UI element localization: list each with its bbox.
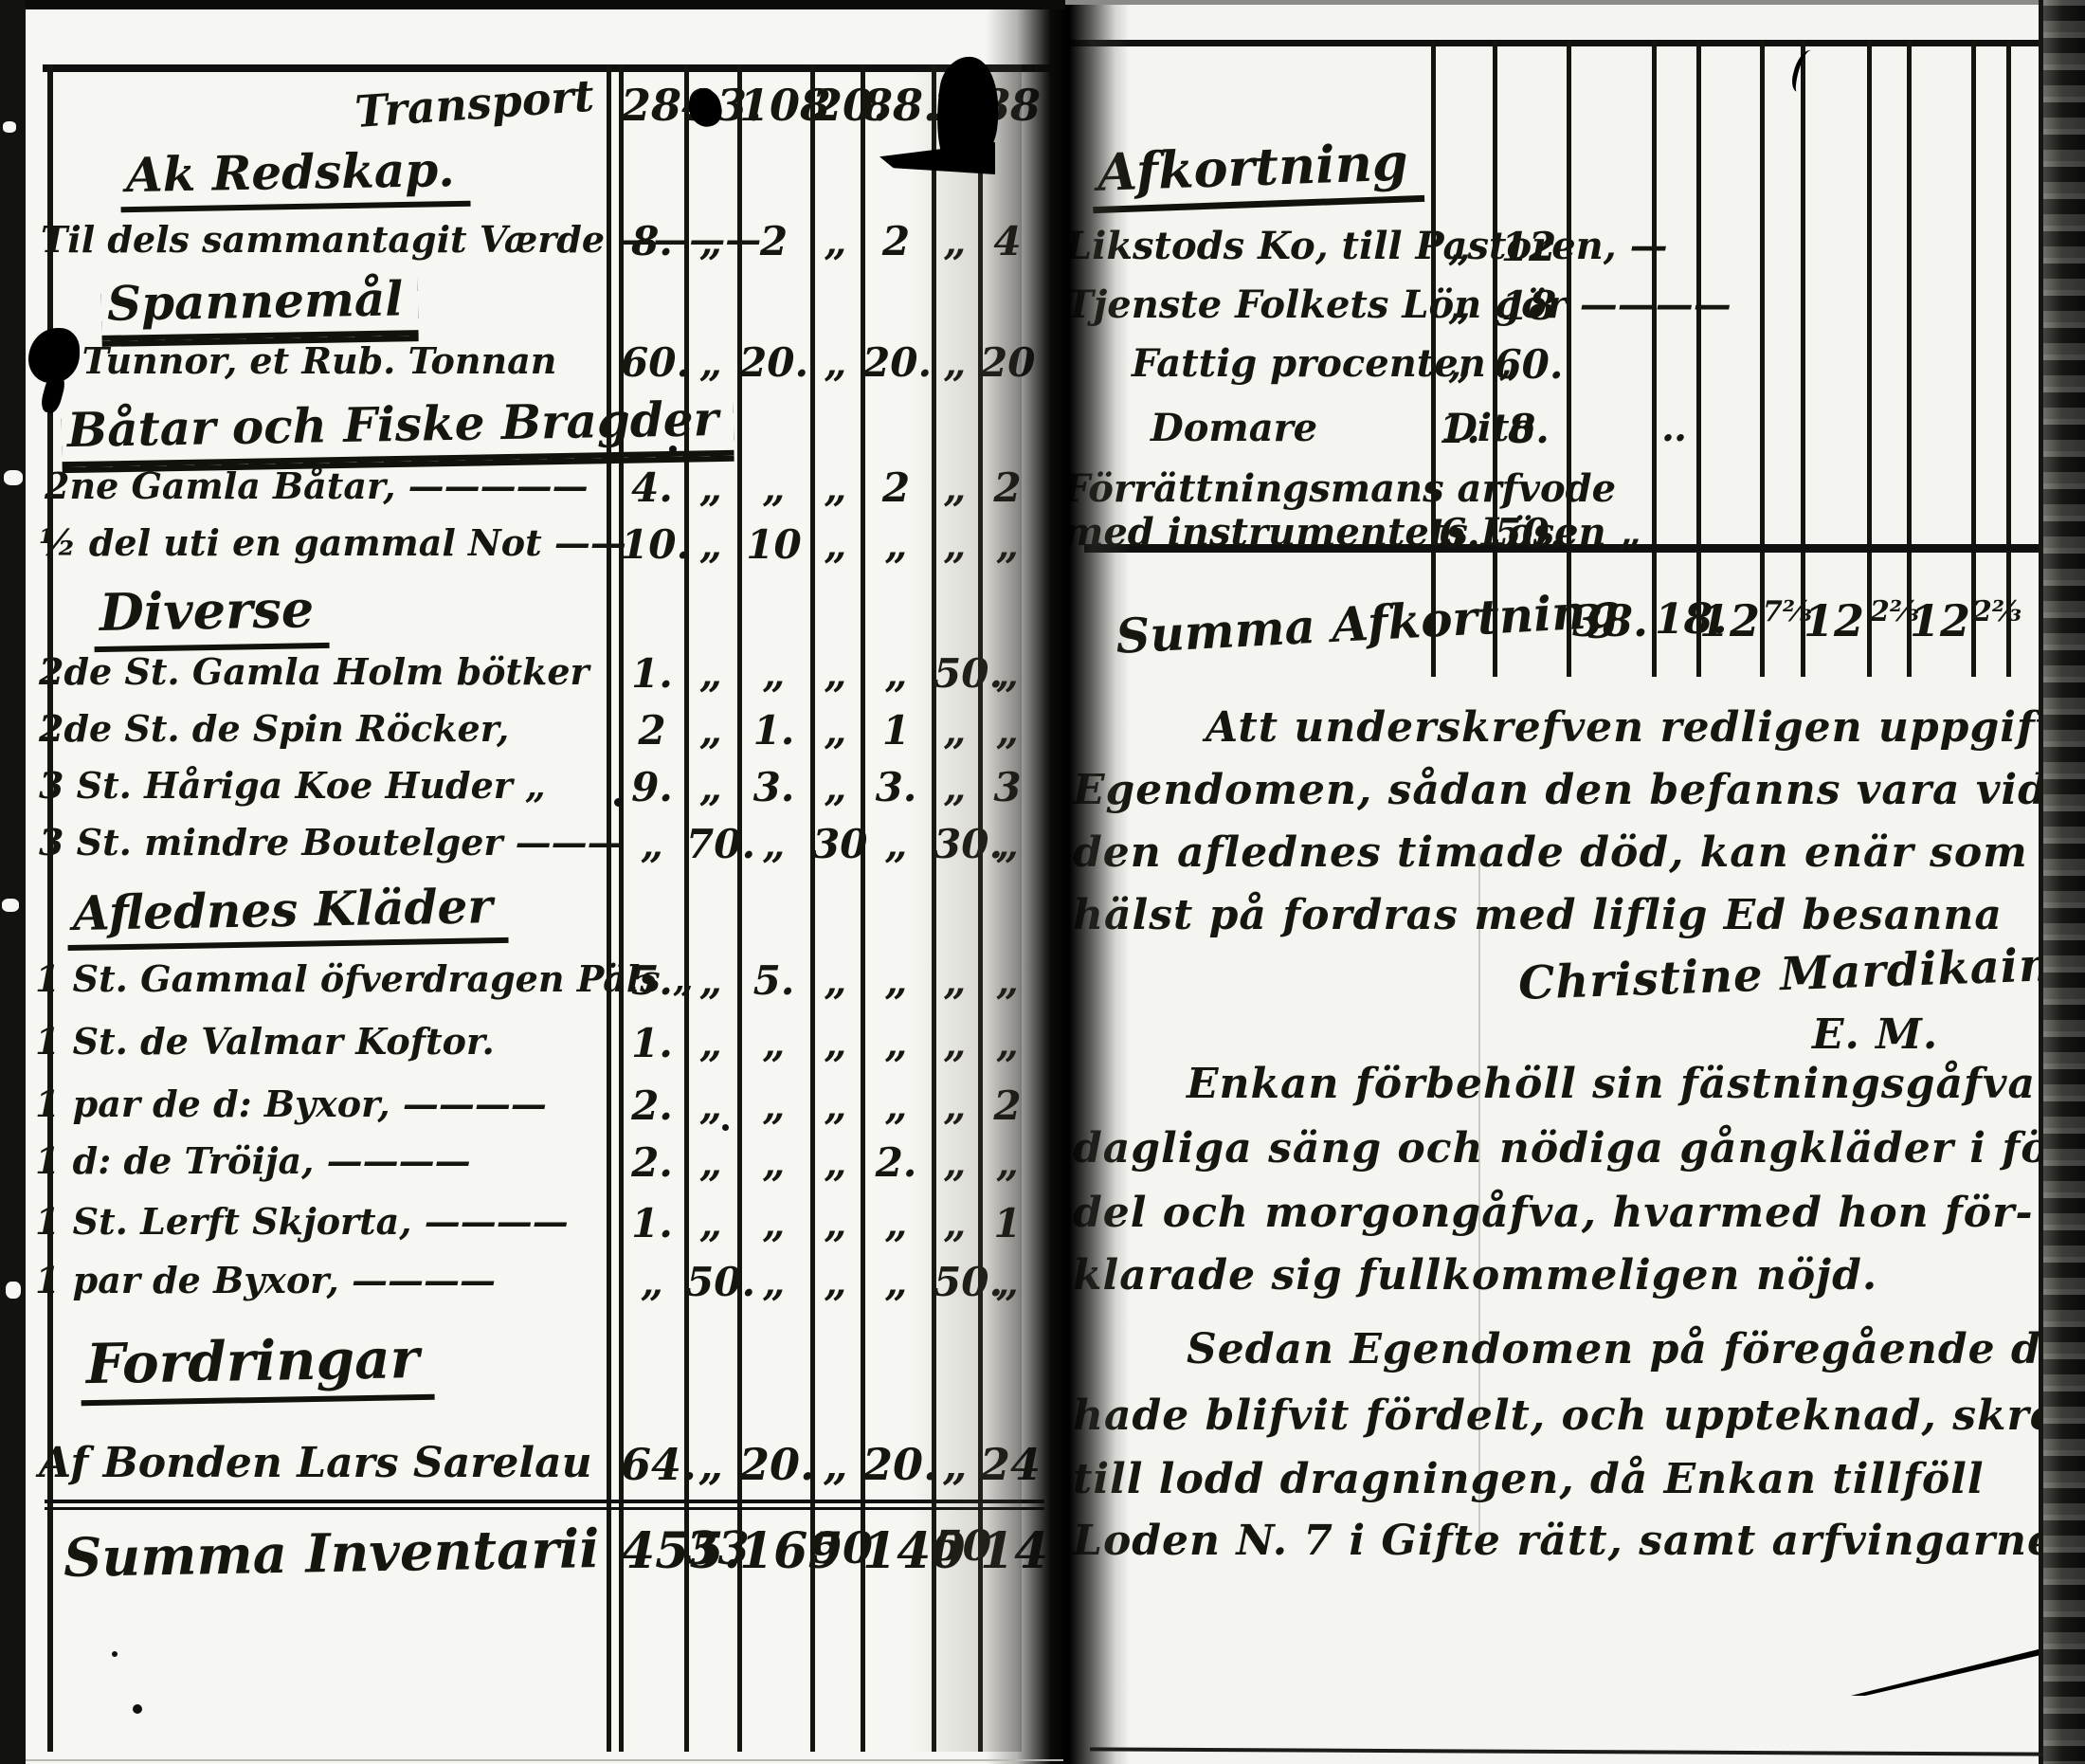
row-label: Domare Dito ‥ [1151, 406, 1687, 450]
cell-value: „ [812, 1200, 859, 1246]
cell-value: „ [739, 1259, 808, 1305]
cell-value: 4. [621, 464, 683, 511]
row-label: Af Bonden Lars Sarelau [39, 1439, 592, 1487]
scan-right-edge-texture [2043, 0, 2085, 1764]
cell-value: „ [686, 1200, 735, 1246]
paragraph-line: hade blifvit fördelt, och uppteknad, skr… [1073, 1391, 2085, 1440]
summa-label: Summa Afkortning [1115, 582, 1621, 664]
ink-dot [112, 1651, 118, 1657]
ink-dot [133, 1704, 142, 1714]
cell-value: 20. [812, 80, 859, 131]
ledger-row: 2ne Gamla Båtar, ————— 4. „ „ „ 2 „ 2 [26, 464, 1063, 525]
paragraph-line: del och morgongåfva, hvarmed hon för- [1073, 1189, 2034, 1237]
ledger-row: 1 par de d: Byxor, ———— 2. „ „ „ „ „ 2 [26, 1082, 1063, 1143]
ledger-row: 1 par de Byxor, ———— „ 50. „ „ „ 50. „ [26, 1259, 1063, 1319]
cell-value: „ [739, 1082, 808, 1129]
row-label: 2de St. de Spin Röcker, [39, 707, 509, 750]
cell-value: 5. [739, 957, 808, 1004]
ink-dot [669, 446, 677, 453]
cell-value: 70. [686, 821, 735, 867]
signature-initials: E. M. [1812, 1010, 1938, 1059]
cell-value: „ [812, 1259, 859, 1305]
cell-value: „ [739, 1139, 808, 1186]
cell-value: „ [686, 1439, 735, 1490]
cell-value: 2. [621, 1082, 683, 1129]
row-label: 1 d: de Tröija, ———— [35, 1139, 471, 1182]
cell-value: „ [686, 764, 735, 810]
right-page-top-rule [1063, 40, 2049, 46]
cell-value: 3. [739, 764, 808, 810]
cell-value: 20. [739, 339, 808, 386]
cell-value: „ [739, 650, 808, 697]
cell-value: „ [812, 764, 859, 810]
cell-value: 60. [1494, 341, 1564, 388]
cell-value: „ [812, 218, 859, 264]
section-heading: Båtar och Fiske Bragder [61, 391, 734, 467]
scanned-probate-ledger: Transport 284 93. 108 20. 88. 25 88 Ak R… [0, 0, 2085, 1764]
section-heading: Afkortning [1091, 131, 1424, 213]
signature: Christine Mardikain [1517, 938, 2054, 1010]
cell-value: 12 [1494, 224, 1564, 270]
ledger-row: 4 Tunnor, et Rub. Tonnan 60. „ 20. „ 20.… [26, 339, 1063, 400]
cell-value: 1. [621, 1200, 683, 1246]
row-label: Tjenste Folkets Lön gör ———— [1065, 282, 1731, 327]
cell-value: 50. [686, 1259, 735, 1305]
row-label: 3 St. mindre Boutelger ——— [39, 821, 624, 864]
section-heading: Fordringar [80, 1326, 435, 1407]
row-label: 1 St. Gammal öfverdragen Päls „ [35, 957, 694, 1000]
cell-value: „ [1429, 341, 1490, 388]
cell-value: 2⅔ [1972, 595, 2006, 628]
paragraph-line: Enkan förbehöll sin fästningsgåfva ring, [1187, 1060, 2085, 1108]
cell-value: „ [686, 1082, 735, 1129]
summa-label: Summa Inventarii [63, 1518, 600, 1590]
section-heading: Ak Redskap. [119, 141, 470, 212]
summa-rule [45, 1507, 1044, 1510]
cell-value: 64. [621, 1439, 683, 1490]
ink-dot [614, 798, 623, 807]
cell-value: 108 [739, 80, 808, 131]
cell-value: 33 [686, 1522, 735, 1575]
cell-value: „ [812, 707, 859, 754]
left-page: Transport 284 93. 108 20. 88. 25 88 Ak R… [26, 0, 1063, 1764]
scan-top-edge-right [1065, 0, 2043, 5]
ledger-row: 3 St. Håriga Koe Huder „ 9. „ 3. „ 3. „ … [26, 764, 1063, 825]
row-label: 1 par de d: Byxor, ———— [35, 1082, 547, 1125]
paragraph-line: Att underskrefven redligen uppgifvit [1206, 703, 2085, 752]
cell-value: 9. [621, 764, 683, 810]
cell-value: 1. [739, 707, 808, 754]
cell-value: 8. [621, 218, 683, 264]
cell-value: „ [686, 218, 735, 264]
cell-value: „ [812, 1082, 859, 1129]
ledger-row: Til dels sammantagit Værde ———— 8. „ 2 „… [26, 218, 1063, 279]
cell-value: 8. [1494, 406, 1564, 452]
paragraph-line: till lodd dragningen, då Enkan tillföll [1073, 1455, 1985, 1503]
cell-value: „ [739, 1200, 808, 1246]
cell-value: „ [812, 650, 859, 697]
cell-value: „ [812, 1020, 859, 1066]
cell-value: 6. [1429, 510, 1490, 556]
ink-dot [722, 1124, 729, 1131]
section-heading: Aflednes Kläder [66, 878, 508, 951]
cell-value: 10 [739, 521, 808, 568]
ledger-row: Fattig procenten „ „ 60. [1063, 341, 2043, 402]
cell-value: 50. [1494, 510, 1564, 556]
left-page-bottom-edge [26, 1759, 1063, 1761]
cell-value: 18. [1655, 595, 1696, 644]
cell-value: 10. [621, 521, 683, 568]
ledger-row: 2de St. Gamla Holm bötker 1. „ „ „ „ 50.… [26, 650, 1063, 711]
paragraph-line: dagliga säng och nödiga gångkläder i för… [1073, 1124, 2085, 1173]
cell-value: 455. [621, 1522, 683, 1580]
row-label: 4 Tunnor, et Rub. Tonnan [45, 339, 556, 382]
scan-left-edge [0, 0, 26, 1764]
right-page: Afkortning Likstods Ko, till Pastoren, —… [1063, 0, 2043, 1764]
section-heading: Spannemål [100, 270, 418, 341]
cell-value: „ [812, 957, 859, 1004]
cell-value: 2 [739, 218, 808, 264]
edge-notch [4, 470, 23, 485]
cell-value: „ [1429, 282, 1490, 329]
cell-value: 50 [812, 1522, 859, 1573]
row-label: 3 St. Håriga Koe Huder „ [39, 764, 546, 807]
ledger-row: 1 St. Gammal öfverdragen Päls „ 5. „ 5. … [26, 957, 1063, 1018]
cell-value: „ [812, 339, 859, 386]
ledger-row: Domare Dito ‥ 1. 8. [1063, 406, 2043, 466]
row-label: Förrättningsmans arfvode [1063, 466, 1616, 511]
ledger-row: Tjenste Folkets Lön gör ———— „ 18 [1063, 282, 2043, 343]
cell-value: 2. [621, 1139, 683, 1186]
cell-value: „ [739, 464, 808, 511]
row-label: 1 par de Byxor, ———— [35, 1259, 496, 1301]
cell-value: 1. [1429, 406, 1490, 452]
edge-notch [2, 899, 19, 912]
scan-top-edge [26, 0, 1065, 9]
row-label: 2de St. Gamla Holm bötker [39, 650, 589, 693]
cell-value: „ [812, 521, 859, 568]
row-label: 2ne Gamla Båtar, ————— [45, 464, 589, 507]
section-heading: Diverse [93, 578, 330, 652]
cell-value: „ [686, 1139, 735, 1186]
cell-value: 169 [739, 1522, 808, 1580]
ledger-row: 1 St. de Valmar Koftor. 1. „ „ „ „ „ „ [26, 1020, 1063, 1081]
cell-value: 1. [621, 650, 683, 697]
cell-value: 7⅔ [1763, 595, 1799, 628]
ledger-row: 3 St. mindre Boutelger ——— „ 70. „ 30 „ … [26, 821, 1063, 882]
cell-value: „ [686, 650, 735, 697]
cell-value: „ [812, 1139, 859, 1186]
cell-value: „ [686, 464, 735, 511]
cell-value: „ [686, 957, 735, 1004]
cell-value: 284 [621, 80, 683, 131]
paragraph-line: Sedan Egendomen på föregående de [1187, 1325, 2069, 1373]
cell-value: „ [812, 1439, 859, 1490]
cell-value: „ [812, 464, 859, 511]
cell-value: 12 [1910, 595, 1968, 646]
summa-rule [45, 1500, 1044, 1503]
fold-shadow [986, 0, 1130, 1764]
cell-value: 20. [739, 1439, 808, 1490]
cell-value: „ [739, 821, 808, 867]
cell-value: 1. [621, 1020, 683, 1066]
cell-value: „ [739, 1020, 808, 1066]
cell-value: 18 [1494, 282, 1564, 329]
paragraph-line: klarade sig fullkommeligen nöjd. [1073, 1251, 1877, 1300]
edge-notch [6, 1282, 21, 1299]
ledger-row: Likstods Ko, till Pastoren, — „ 12 [1063, 224, 2043, 284]
row-label: ½ del uti en gammal Not —— [39, 521, 626, 564]
cell-value: 12 [1804, 595, 1864, 646]
paragraph-line: hälst på fordras med liflig Ed besanna [1073, 891, 2003, 939]
summa-row: Summa Afkortning 38. 18. 12 7⅔ 12 2⅔ 12 … [1063, 595, 2043, 656]
paragraph-line: Loden N. 7 i Gifte rätt, samt arfvingarn… [1073, 1517, 2055, 1565]
cell-value: 30 [812, 821, 859, 867]
cell-value: 12 [1699, 595, 1758, 646]
ledger-row: 2de St. de Spin Röcker, 2 „ 1. „ 1 „ „ [26, 707, 1063, 768]
cell-value: 5. [621, 957, 683, 1004]
cell-value: 2 [621, 707, 683, 754]
page-crease [1478, 853, 1480, 1536]
cell-value: „ [686, 1020, 735, 1066]
row-label: Likstods Ko, till Pastoren, — [1065, 224, 1668, 268]
ledger-row: Af Bonden Lars Sarelau 64. „ 20. „ 20. „… [26, 1439, 1063, 1500]
cell-value: „ [686, 521, 735, 568]
cell-value: 38. [1568, 595, 1652, 646]
paragraph-line: Egendomen, sådan den befanns vara vid [1073, 766, 2048, 814]
ledger-row: ½ del uti en gammal Not —— 10. „ 10 „ „ … [26, 521, 1063, 582]
row-label: 1 St. de Valmar Koftor. [35, 1020, 495, 1063]
edge-notch [3, 121, 16, 133]
row-label: Transport [308, 70, 595, 141]
row-label: 1 St. Lerft Skjorta, ———— [35, 1200, 569, 1243]
ledger-row: Transport 284 93. 108 20. 88. 25 88 [26, 80, 1063, 140]
cell-value: „ [1429, 224, 1490, 270]
cell-value: „ [621, 821, 683, 867]
ledger-row: med instrumentets Lösen „ 6. 50. [1063, 510, 2043, 571]
cell-value: 60. [621, 339, 683, 386]
cell-value: „ [686, 339, 735, 386]
paragraph-line: den aflednes timade död, kan enär som [1073, 828, 2028, 877]
cell-value: 2⅔ [1870, 595, 1904, 628]
ledger-row: 1 St. Lerft Skjorta, ———— 1. „ „ „ „ „ 1 [26, 1200, 1063, 1261]
summa-row: Summa Inventarii 455. 33 169 50 140 50 1… [26, 1522, 1063, 1583]
cell-value: „ [686, 707, 735, 754]
ledger-row: 1 d: de Tröija, ———— 2. „ „ „ 2. „ „ [26, 1139, 1063, 1200]
cell-value: „ [621, 1259, 683, 1305]
